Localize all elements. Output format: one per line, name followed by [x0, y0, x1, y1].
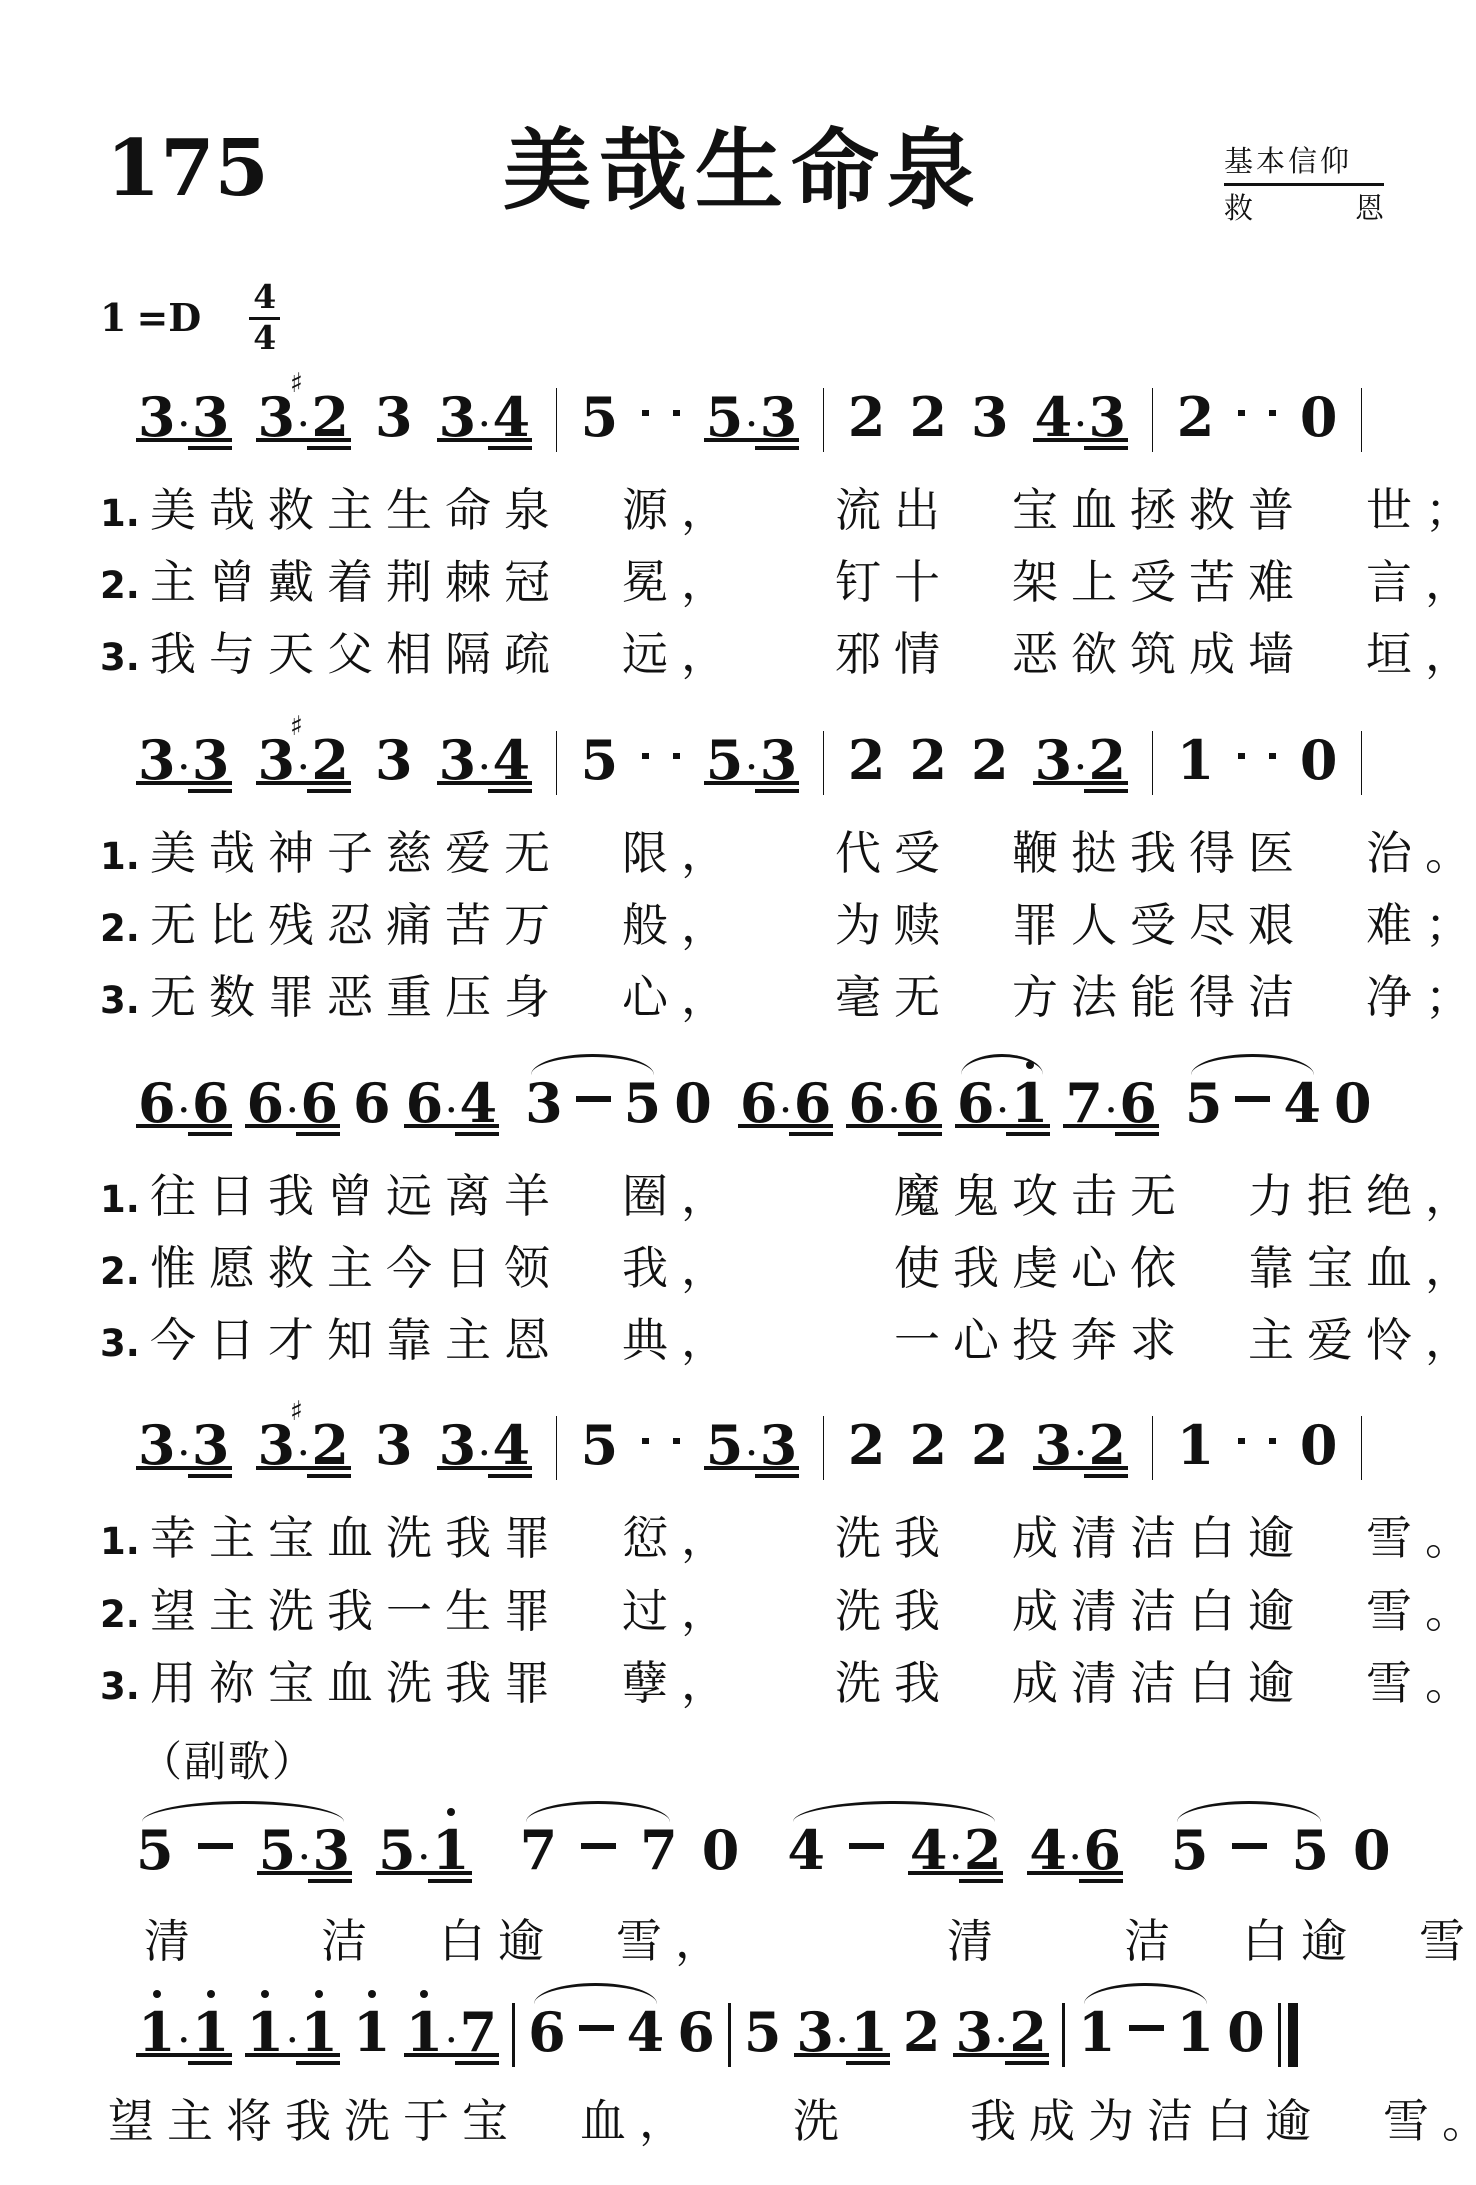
dot: ·: [889, 1096, 899, 1126]
sharp-icon: ♯: [290, 713, 303, 740]
dot: ·: [298, 1439, 308, 1469]
note: 2: [848, 390, 886, 444]
note: 2: [909, 733, 947, 787]
note-group: 6·6: [136, 1076, 232, 1130]
dot: ·: [419, 1843, 429, 1873]
note: 2: [971, 1418, 1009, 1472]
verse-block-1: 1. 美哉救主生命泉 源， 流出 宝血拯救普 世； 2. 主曾戴着荆棘冠 冕， …: [100, 484, 1386, 683]
note: 4: [1029, 1823, 1067, 1877]
note: 6: [300, 1076, 338, 1130]
verse-number: 3.: [100, 1665, 150, 1709]
dot: ·: [298, 410, 308, 440]
note: 2: [971, 733, 1009, 787]
dot: ·: [287, 1096, 297, 1126]
hymn-number: 175: [106, 130, 269, 208]
note: 7: [520, 1823, 558, 1877]
lyric-line: 2. 惟愿救主今日领 我， 使我虔心依 靠宝血，: [100, 1242, 1386, 1296]
note: 6: [138, 1076, 176, 1130]
note-group: 7·6: [1063, 1076, 1159, 1130]
duration-dash: [673, 1438, 680, 1444]
verse-number: 1.: [100, 835, 150, 879]
note: 3: [439, 733, 477, 787]
key-tonic: 1: [100, 299, 126, 337]
note: 5: [706, 1418, 744, 1472]
lyric-line: 1. 美哉神子慈爱无 限， 代受 鞭挞我得医 治。: [100, 827, 1386, 881]
duration-dash: [1269, 1438, 1276, 1444]
duration-dash: [1238, 753, 1245, 759]
note: 1: [353, 2005, 391, 2059]
note: 3: [313, 1823, 351, 1877]
page-header: 175 美哉生命泉 基本信仰 救 恩: [100, 120, 1386, 270]
time-signature: 4 4: [249, 280, 280, 356]
barline: [728, 2003, 731, 2067]
note: 1: [1177, 2005, 1215, 2059]
dot: ·: [446, 1096, 456, 1126]
note: 2: [311, 390, 349, 444]
note: 3: [760, 733, 798, 787]
hymnal-page: 175 美哉生命泉 基本信仰 救 恩 1 =D 4 4 3·33·♯233·45…: [0, 0, 1476, 2185]
duration-dash: [198, 1843, 233, 1849]
note: 4: [493, 390, 531, 444]
dot: ·: [179, 753, 189, 783]
note-group: 1·1: [245, 2005, 341, 2059]
note: 6: [192, 1076, 230, 1130]
note-group: 6·6: [245, 1076, 341, 1130]
category-bottom-right: 恩: [1355, 191, 1384, 227]
lyric-text: 清 洁 白逾 雪， 清 洁 白逾 雪。: [144, 1915, 1476, 1969]
lyric-text: 美哉神子慈爱无 限， 代受 鞭挞我得医 治。: [150, 827, 1476, 881]
category-bottom-label: 救 恩: [1224, 186, 1384, 227]
duration-dash: [642, 753, 649, 759]
slur: 55·3: [136, 1823, 376, 1877]
verse-number: 3.: [100, 636, 150, 680]
lyric-text: 主曾戴着荆棘冠 冕， 钉十 架上受苦难 言，: [150, 556, 1476, 610]
dot: ·: [746, 753, 756, 783]
slur: 44·2: [787, 1823, 1027, 1877]
note-group: 4·3: [1033, 390, 1129, 444]
note: 3: [375, 1418, 413, 1472]
note-group: 3·4: [437, 733, 533, 787]
note: 2: [1089, 1418, 1127, 1472]
rest: 0: [1300, 733, 1338, 787]
slur: 55: [1171, 1823, 1353, 1877]
barline: [1152, 731, 1153, 795]
note: 3: [1089, 390, 1127, 444]
note-group: 6·6: [846, 1076, 942, 1130]
note: 6: [528, 2005, 566, 2059]
duration-dash: [1232, 1843, 1267, 1849]
music-line-6: 1·11·111·764653·123·2110: [136, 1973, 1386, 2081]
note: 3: [138, 390, 176, 444]
verse-number: 3.: [100, 979, 150, 1023]
note: 6: [677, 2005, 715, 2059]
barline: [1152, 388, 1153, 452]
note-group: 3·2: [1033, 733, 1129, 787]
note: 7: [640, 1823, 678, 1877]
dot: ·: [179, 1096, 189, 1126]
note: 3: [138, 1418, 176, 1472]
note-group: 5·3: [704, 390, 800, 444]
note: 5: [581, 1418, 619, 1472]
barline: [556, 388, 557, 452]
verse-number: 2.: [100, 1593, 150, 1637]
dot: ·: [746, 410, 756, 440]
rest: 0: [674, 1076, 712, 1130]
rest: 0: [1353, 1823, 1391, 1877]
final-barline: [1278, 2003, 1298, 2067]
chorus-lyric-line-2: 望主将我洗于宝 血， 洗 我成为洁白逾 雪。: [100, 2095, 1386, 2149]
duration-dash: [1269, 410, 1276, 416]
lyric-text: 用祢宝血洗我罪 孽， 洗我 成清洁白逾 雪。: [150, 1657, 1476, 1711]
barline: [512, 2003, 515, 2067]
lyric-line: 3. 今日才知靠主恩 典， 一心投奔求 主爱怜，: [100, 1314, 1386, 1368]
dot: ·: [298, 753, 308, 783]
lyric-text: 我与天父相隔疏 远， 邪情 恶欲筑成墙 垣，: [150, 628, 1476, 682]
dot: ·: [179, 2026, 189, 2056]
hymn-title: 美哉生命泉: [100, 120, 1386, 226]
note-group: 6·1: [955, 1076, 1051, 1130]
note: 3: [375, 733, 413, 787]
barline: [823, 1416, 824, 1480]
note-group: 3·3: [136, 733, 232, 787]
verse-number: 2.: [100, 907, 150, 951]
note: 3: [1035, 1418, 1073, 1472]
note: 5: [259, 1823, 297, 1877]
note-group: 3·1: [794, 2005, 890, 2059]
note: 6: [794, 1076, 832, 1130]
lyric-text: 无数罪恶重压身 心， 毫无 方法能得洁 净；: [150, 971, 1476, 1025]
note-group: 3·♯2: [256, 1418, 352, 1472]
barline: [556, 731, 557, 795]
note: 5: [136, 1823, 174, 1877]
note: 3: [439, 390, 477, 444]
note: 5: [706, 390, 744, 444]
note: 7: [460, 2005, 498, 2059]
duration-dash: [1269, 753, 1276, 759]
duration-dash: [1235, 1096, 1270, 1102]
music-line-4: 3·33·♯233·455·32223·210: [136, 1386, 1386, 1494]
music-line-2: 3·33·♯233·455·32223·210: [136, 701, 1386, 809]
dot: ·: [479, 410, 489, 440]
rest: 0: [702, 1823, 740, 1877]
note: 4: [460, 1076, 498, 1130]
note: 6: [902, 1076, 940, 1130]
note: 6: [247, 1076, 285, 1130]
note-group: 3·2: [1033, 1418, 1129, 1472]
note: 3: [192, 1418, 230, 1472]
lyric-text: 惟愿救主今日领 我， 使我虔心依 靠宝血，: [150, 1242, 1476, 1296]
note: 2: [311, 733, 349, 787]
dot: ·: [179, 410, 189, 440]
note-group: 5·3: [704, 733, 800, 787]
note: 2: [311, 1418, 349, 1472]
note: 6: [1083, 1823, 1121, 1877]
rest: 0: [1300, 1418, 1338, 1472]
note-group: 3·3: [136, 1418, 232, 1472]
chorus-lyric-line-1: 清 洁 白逾 雪， 清 洁 白逾 雪。: [100, 1915, 1386, 1969]
duration-dash: [576, 1096, 611, 1102]
dot: ·: [1075, 753, 1085, 783]
slur: 54: [1185, 1076, 1334, 1130]
barline: [823, 388, 824, 452]
note: 3: [1035, 733, 1073, 787]
sharp-icon: ♯: [290, 370, 303, 397]
note: 1: [138, 2005, 176, 2059]
note: 2: [909, 1418, 947, 1472]
note: 6: [406, 1076, 444, 1130]
dot: ·: [746, 1439, 756, 1469]
note: 3: [439, 1418, 477, 1472]
barline: [823, 731, 824, 795]
lyric-line: 3. 无数罪恶重压身 心， 毫无 方法能得洁 净；: [100, 971, 1386, 1025]
note-group: 1·1: [136, 2005, 232, 2059]
slur: 64: [528, 2005, 677, 2059]
verse-block-3: 1. 往日我曾远离羊 圈， 魔鬼攻击无 力拒绝， 2. 惟愿救主今日领 我， 使…: [100, 1170, 1386, 1369]
note: 4: [1283, 1076, 1321, 1130]
barline: [1361, 388, 1362, 452]
dot: ·: [179, 1439, 189, 1469]
dot: ·: [997, 1096, 1007, 1126]
dot: ·: [1106, 1096, 1116, 1126]
note-group: 3·2: [953, 2005, 1049, 2059]
note: 4: [493, 1418, 531, 1472]
note: 7: [1065, 1076, 1103, 1130]
lyric-text: 往日我曾远离羊 圈， 魔鬼攻击无 力拒绝，: [150, 1170, 1476, 1224]
duration-dash: [581, 1843, 616, 1849]
note: 5: [581, 390, 619, 444]
dot: ·: [299, 1843, 309, 1873]
slur: 35: [525, 1076, 674, 1130]
note-group: 5·3: [257, 1823, 353, 1877]
note: 5: [1291, 1823, 1329, 1877]
verse-number: 1.: [100, 1178, 150, 1222]
note: 4: [787, 1823, 825, 1877]
note-group: 5·1: [376, 1823, 472, 1877]
note: 1: [247, 2005, 285, 2059]
note: 6: [1119, 1076, 1157, 1130]
note-group: 3·3: [136, 390, 232, 444]
lyric-line: 1. 往日我曾远离羊 圈， 魔鬼攻击无 力拒绝，: [100, 1170, 1386, 1224]
note: 4: [627, 2005, 665, 2059]
note: 1: [1177, 733, 1215, 787]
lyric-text: 望主将我洗于宝 血， 洗 我成为洁白逾 雪。: [108, 2095, 1476, 2149]
dot: ·: [780, 1096, 790, 1126]
barline: [1361, 731, 1362, 795]
meter-denominator: 4: [253, 320, 276, 356]
dot: ·: [446, 2026, 456, 2056]
lyric-line: 1. 美哉救主生命泉 源， 流出 宝血拯救普 世；: [100, 484, 1386, 538]
barline: [1062, 2003, 1065, 2067]
note: 3: [955, 2005, 993, 2059]
note: 3: [971, 390, 1009, 444]
dot: ·: [1075, 410, 1085, 440]
note-group: 4·2: [908, 1823, 1004, 1877]
note-group: 1·7: [404, 2005, 500, 2059]
note: 5: [1185, 1076, 1223, 1130]
note: 3: [760, 1418, 798, 1472]
note-group: 3·4: [437, 390, 533, 444]
rest: 0: [1227, 2005, 1265, 2059]
duration-dash: [849, 1843, 884, 1849]
note-group: 6·4: [404, 1076, 500, 1130]
note: 1: [300, 2005, 338, 2059]
lyric-line: 3. 我与天父相隔疏 远， 邪情 恶欲筑成墙 垣，: [100, 628, 1386, 682]
slur: 77: [520, 1823, 702, 1877]
verse-number: 1.: [100, 1520, 150, 1564]
note-group: 5·3: [704, 1418, 800, 1472]
duration-dash: [1129, 2025, 1164, 2031]
barline: [556, 1416, 557, 1480]
note: 1: [1011, 1076, 1049, 1130]
lyric-text: 无比残忍痛苦万 般， 为赎 罪人受尽艰 难；: [150, 899, 1476, 953]
note-group: 3·♯2: [256, 733, 352, 787]
note: 5: [581, 733, 619, 787]
lyric-text: 幸主宝血洗我罪 愆， 洗我 成清洁白逾 雪。: [150, 1512, 1476, 1566]
duration-dash: [642, 1438, 649, 1444]
music-line-3: 6·66·666·43506·66·66·17·6540: [136, 1044, 1386, 1152]
note-group: 6·6: [738, 1076, 834, 1130]
note: 1: [1177, 1418, 1215, 1472]
lyric-text: 今日才知靠主恩 典， 一心投奔求 主爱怜，: [150, 1314, 1476, 1368]
note: 5: [706, 733, 744, 787]
note: 1: [192, 2005, 230, 2059]
category-block: 基本信仰 救 恩: [1224, 144, 1384, 228]
duration-dash: [1238, 1438, 1245, 1444]
meter-numerator: 4: [249, 280, 280, 320]
rest: 0: [1300, 390, 1338, 444]
note-group: 3·♯2: [256, 390, 352, 444]
note: 1: [406, 2005, 444, 2059]
note: 5: [744, 2005, 782, 2059]
note: 2: [903, 2005, 941, 2059]
chorus-label: （副歌）: [140, 1729, 1386, 1789]
barline: [1361, 1416, 1362, 1480]
lyric-text: 望主洗我一生罪 过， 洗我 成清洁白逾 雪。: [150, 1585, 1476, 1639]
note: 4: [1035, 390, 1073, 444]
note: 3: [192, 733, 230, 787]
music-line-5: 55·35·177044·24·6550: [136, 1791, 1386, 1899]
note: 3: [138, 733, 176, 787]
note: 5: [1171, 1823, 1209, 1877]
verse-block-2: 1. 美哉神子慈爱无 限， 代受 鞭挞我得医 治。 2. 无比残忍痛苦万 般， …: [100, 827, 1386, 1026]
note: 5: [378, 1823, 416, 1877]
note: 3: [525, 1076, 563, 1130]
note: 6: [957, 1076, 995, 1130]
sharp-icon: ♯: [290, 1398, 303, 1425]
dot: ·: [479, 753, 489, 783]
key-signature: 1 =D 4 4: [100, 280, 1386, 356]
note: 3: [760, 390, 798, 444]
duration-dash: [579, 2025, 614, 2031]
dot: ·: [950, 1843, 960, 1873]
dot: ·: [996, 2026, 1006, 2056]
note: 2: [1009, 2005, 1047, 2059]
note: 1: [850, 2005, 888, 2059]
verse-number: 1.: [100, 492, 150, 536]
dot: ·: [837, 2026, 847, 2056]
verse-block-4: 1. 幸主宝血洗我罪 愆， 洗我 成清洁白逾 雪。 2. 望主洗我一生罪 过， …: [100, 1512, 1386, 1711]
note: 5: [624, 1076, 662, 1130]
barline: [1152, 1416, 1153, 1480]
note: 1: [1078, 2005, 1116, 2059]
music-line-1: 3·33·♯233·455·32234·320: [136, 358, 1386, 466]
lyric-line: 1. 幸主宝血洗我罪 愆， 洗我 成清洁白逾 雪。: [100, 1512, 1386, 1566]
dot: ·: [1075, 1439, 1085, 1469]
note: 6: [848, 1076, 886, 1130]
note: 2: [964, 1823, 1002, 1877]
slur: 6·1: [955, 1076, 1064, 1130]
dot: ·: [479, 1439, 489, 1469]
note-group: 3·4: [437, 1418, 533, 1472]
note: 2: [909, 390, 947, 444]
verse-number: 2.: [100, 564, 150, 608]
note: 2: [848, 1418, 886, 1472]
verse-number: 2.: [100, 1250, 150, 1294]
note: 6: [353, 1076, 391, 1130]
lyric-line: 2. 主曾戴着荆棘冠 冕， 钉十 架上受苦难 言，: [100, 556, 1386, 610]
verse-number: 3.: [100, 1322, 150, 1366]
slur: 11: [1078, 2005, 1227, 2059]
key-equals: =D: [136, 299, 201, 337]
note: 1: [432, 1823, 470, 1877]
note: 6: [740, 1076, 778, 1130]
note: 4: [493, 733, 531, 787]
rest: 0: [1334, 1076, 1372, 1130]
note: 2: [1089, 733, 1127, 787]
dot: ·: [1070, 1843, 1080, 1873]
note: 3: [375, 390, 413, 444]
note: 2: [848, 733, 886, 787]
note: 2: [1177, 390, 1215, 444]
duration-dash: [1238, 410, 1245, 416]
note: 3: [192, 390, 230, 444]
note-group: 4·6: [1027, 1823, 1123, 1877]
duration-dash: [673, 753, 680, 759]
lyric-line: 2. 无比残忍痛苦万 般， 为赎 罪人受尽艰 难；: [100, 899, 1386, 953]
lyric-line: 3. 用祢宝血洗我罪 孽， 洗我 成清洁白逾 雪。: [100, 1657, 1386, 1711]
category-bottom-left: 救: [1224, 191, 1253, 227]
note: 4: [910, 1823, 948, 1877]
duration-dash: [673, 410, 680, 416]
duration-dash: [642, 410, 649, 416]
lyric-line: 2. 望主洗我一生罪 过， 洗我 成清洁白逾 雪。: [100, 1585, 1386, 1639]
dot: ·: [287, 2026, 297, 2056]
lyric-text: 美哉救主生命泉 源， 流出 宝血拯救普 世；: [150, 484, 1476, 538]
category-top-label: 基本信仰: [1224, 144, 1384, 186]
note: 3: [796, 2005, 834, 2059]
